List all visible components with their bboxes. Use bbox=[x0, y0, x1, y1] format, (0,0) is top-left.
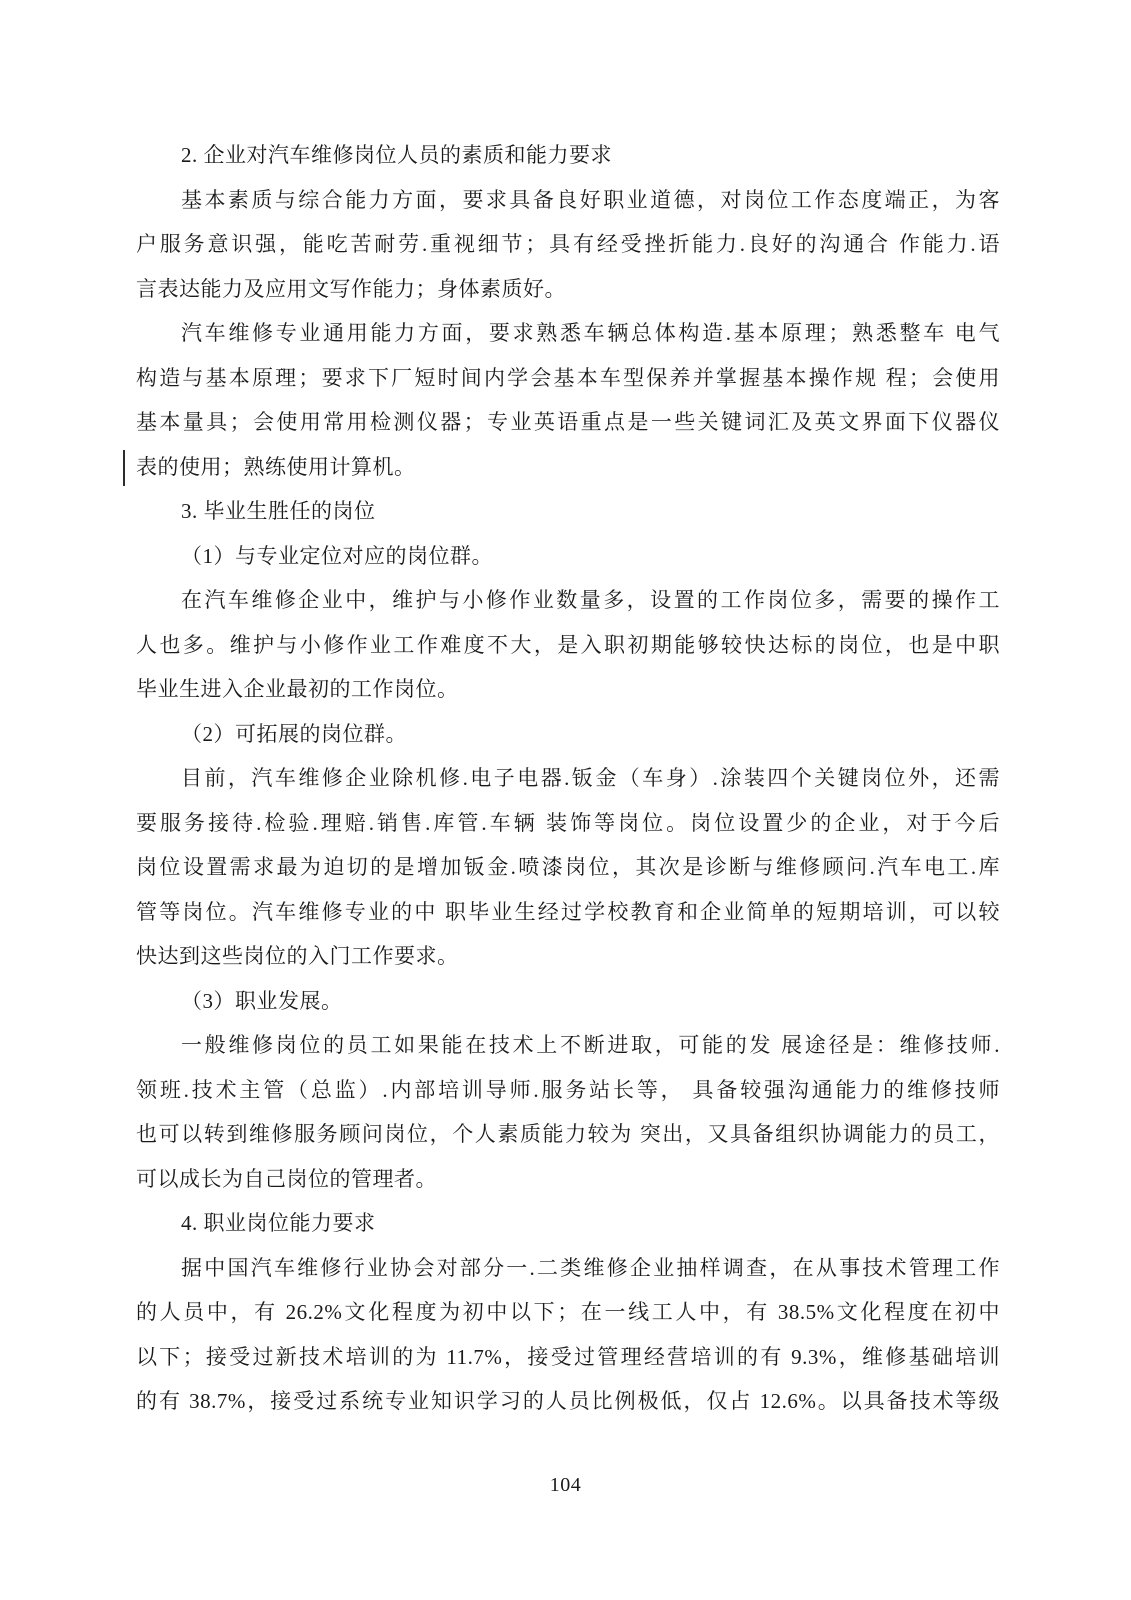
paragraph: 目前，汽车维修企业除机修.电子电器.钣金（车身）.涂装四个关键岗位外，还需要服务… bbox=[136, 756, 1000, 979]
text-line: 要服务接待.检验.理赔.销售.库管.车辆 装饰等岗位。岗位设置少的企业，对于今后 bbox=[136, 801, 1000, 846]
text-line: 人也多。维护与小修作业工作难度不大，是入职初期能够较快达标的岗位，也是中职 bbox=[136, 623, 1000, 668]
text-line: 目前，汽车维修企业除机修.电子电器.钣金（车身）.涂装四个关键岗位外，还需 bbox=[136, 756, 1000, 801]
change-bar bbox=[123, 450, 125, 486]
text-line: 岗位设置需求最为迫切的是增加钣金.喷漆岗位，其次是诊断与维修顾问.汽车电工.库 bbox=[136, 845, 1000, 890]
text-line: 4. 职业岗位能力要求 bbox=[136, 1201, 1000, 1246]
text-line: 可以成长为自己岗位的管理者。 bbox=[136, 1157, 1000, 1202]
text-line: 基本素质与综合能力方面，要求具备良好职业道德，对岗位工作态度端正，为客 bbox=[136, 178, 1000, 223]
text-line: 汽车维修专业通用能力方面，要求熟悉车辆总体构造.基本原理；熟悉整车 电气 bbox=[136, 311, 1000, 356]
text-line: 据中国汽车维修行业协会对部分一.二类维修企业抽样调查，在从事技术管理工作 bbox=[136, 1246, 1000, 1291]
text-line: 言表达能力及应用文写作能力；身体素质好。 bbox=[136, 267, 1000, 312]
text-line: 构造与基本原理；要求下厂短时间内学会基本车型保养并掌握基本操作规 程；会使用 bbox=[136, 356, 1000, 401]
text-line: 2. 企业对汽车维修岗位人员的素质和能力要求 bbox=[136, 133, 1000, 178]
text-line: 3. 毕业生胜任的岗位 bbox=[136, 489, 1000, 534]
text-line: （1）与专业定位对应的岗位群。 bbox=[136, 534, 1000, 579]
paragraph: 一般维修岗位的员工如果能在技术上不断进取，可能的发 展途径是：维修技师.领班.技… bbox=[136, 1023, 1000, 1201]
text-line: 基本量具；会使用常用检测仪器；专业英语重点是一些关键词汇及英文界面下仪器仪 bbox=[136, 400, 1000, 445]
text-line: 表的使用；熟练使用计算机。 bbox=[136, 445, 1000, 490]
text-line: 的人员中，有 26.2%文化程度为初中以下；在一线工人中，有 38.5%文化程度… bbox=[136, 1290, 1000, 1335]
page-number: 104 bbox=[0, 1474, 1131, 1497]
text-line: 户服务意识强，能吃苦耐劳.重视细节；具有经受挫折能力.良好的沟通合 作能力.语 bbox=[136, 222, 1000, 267]
document-page: 2. 企业对汽车维修岗位人员的素质和能力要求基本素质与综合能力方面，要求具备良好… bbox=[0, 0, 1131, 1600]
text-line: 也可以转到维修服务顾问岗位，个人素质能力较为 突出，又具备组织协调能力的员工， bbox=[136, 1112, 1000, 1157]
page-content: 2. 企业对汽车维修岗位人员的素质和能力要求基本素质与综合能力方面，要求具备良好… bbox=[136, 133, 1000, 1424]
paragraph: 在汽车维修企业中，维护与小修作业数量多，设置的工作岗位多，需要的操作工人也多。维… bbox=[136, 578, 1000, 712]
text-line: （3）职业发展。 bbox=[136, 979, 1000, 1024]
text-line: 领班.技术主管（总监）.内部培训导师.服务站长等， 具备较强沟通能力的维修技师 bbox=[136, 1068, 1000, 1113]
paragraph: （3）职业发展。 bbox=[136, 979, 1000, 1024]
paragraph: 基本素质与综合能力方面，要求具备良好职业道德，对岗位工作态度端正，为客户服务意识… bbox=[136, 178, 1000, 312]
section-heading: 3. 毕业生胜任的岗位 bbox=[136, 489, 1000, 534]
text-line: （2）可拓展的岗位群。 bbox=[136, 712, 1000, 757]
paragraph: （2）可拓展的岗位群。 bbox=[136, 712, 1000, 757]
text-line: 以下；接受过新技术培训的为 11.7%，接受过管理经营培训的有 9.3%，维修基… bbox=[136, 1335, 1000, 1380]
text-line: 毕业生进入企业最初的工作岗位。 bbox=[136, 667, 1000, 712]
paragraph: 据中国汽车维修行业协会对部分一.二类维修企业抽样调查，在从事技术管理工作的人员中… bbox=[136, 1246, 1000, 1424]
section-heading: 2. 企业对汽车维修岗位人员的素质和能力要求 bbox=[136, 133, 1000, 178]
text-line: 快达到这些岗位的入门工作要求。 bbox=[136, 934, 1000, 979]
text-line: 一般维修岗位的员工如果能在技术上不断进取，可能的发 展途径是：维修技师. bbox=[136, 1023, 1000, 1068]
text-line: 在汽车维修企业中，维护与小修作业数量多，设置的工作岗位多，需要的操作工 bbox=[136, 578, 1000, 623]
text-line: 的有 38.7%，接受过系统专业知识学习的人员比例极低，仅占 12.6%。以具备… bbox=[136, 1379, 1000, 1424]
paragraph: （1）与专业定位对应的岗位群。 bbox=[136, 534, 1000, 579]
text-line: 管等岗位。汽车维修专业的中 职毕业生经过学校教育和企业简单的短期培训，可以较 bbox=[136, 890, 1000, 935]
paragraph: 汽车维修专业通用能力方面，要求熟悉车辆总体构造.基本原理；熟悉整车 电气构造与基… bbox=[136, 311, 1000, 489]
section-heading: 4. 职业岗位能力要求 bbox=[136, 1201, 1000, 1246]
